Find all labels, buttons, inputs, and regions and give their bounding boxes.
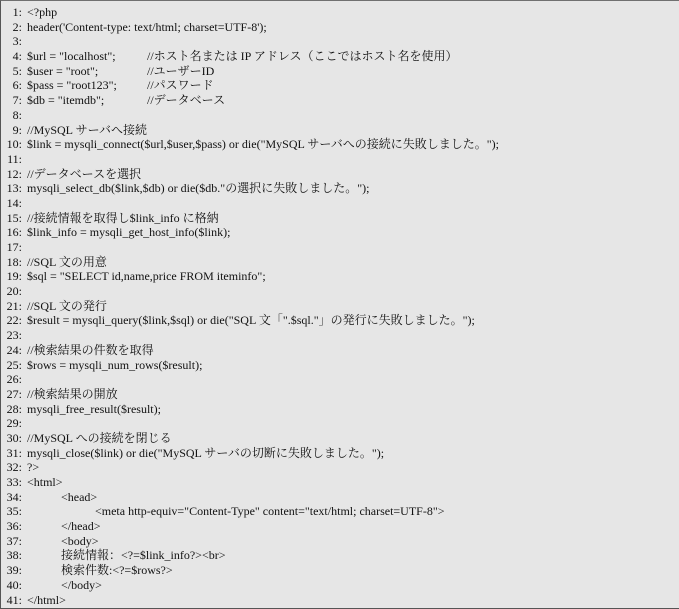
- code-comment: //ユーザーID: [147, 64, 214, 79]
- code-line: 12://データベースを選択: [1, 167, 679, 182]
- line-number: 26:: [1, 372, 22, 387]
- code-line: 39: 検索件数:<?=$rows?>: [1, 563, 679, 578]
- line-number: 23:: [1, 328, 22, 343]
- code-text: 検索件数:<?=$rows?>: [27, 563, 173, 578]
- code-line: 38: 接続情報：<?=$link_info?><br>: [1, 548, 679, 563]
- code-text: </html>: [27, 593, 66, 608]
- code-line: 28:mysqli_free_result($result);: [1, 402, 679, 417]
- code-text: <html>: [27, 475, 63, 490]
- line-number: 7:: [1, 93, 22, 108]
- line-number: 15:: [1, 211, 22, 226]
- code-text: //SQL 文の発行: [27, 299, 107, 314]
- code-line: 22:$result = mysqli_query($link,$sql) or…: [1, 313, 679, 328]
- line-number: 8:: [1, 108, 22, 123]
- line-number: 18:: [1, 255, 22, 270]
- code-line: 10:$link = mysqli_connect($url,$user,$pa…: [1, 137, 679, 152]
- code-comment: //データベース: [147, 93, 225, 108]
- line-number: 41:: [1, 593, 22, 608]
- line-number: 31:: [1, 446, 22, 461]
- code-line: 36: </head>: [1, 519, 679, 534]
- code-line: 35: <meta http-equiv="Content-Type" cont…: [1, 504, 679, 519]
- code-listing: 1:<?php 2:header('Content-type: text/htm…: [0, 0, 679, 609]
- code-line: 5:$user = "root";//ユーザーID: [1, 64, 679, 79]
- code-line: 1:<?php: [1, 5, 679, 20]
- line-number: 34:: [1, 490, 22, 505]
- line-number: 33:: [1, 475, 22, 490]
- code-text: $link_info = mysqli_get_host_info($link)…: [27, 225, 230, 240]
- code-text: $rows = mysqli_num_rows($result);: [27, 358, 202, 373]
- line-number: 36:: [1, 519, 22, 534]
- code-line: 2:header('Content-type: text/html; chars…: [1, 20, 679, 35]
- code-line: 27://検索結果の開放: [1, 387, 679, 402]
- code-line: 34: <head>: [1, 490, 679, 505]
- line-number: 19:: [1, 269, 22, 284]
- code-comment: //ホスト名または IP アドレス（ここではホスト名を使用）: [147, 49, 458, 64]
- line-number: 30:: [1, 431, 22, 446]
- code-line: 3:: [1, 34, 679, 49]
- line-number: 12:: [1, 167, 22, 182]
- code-text: //検索結果の件数を取得: [27, 343, 154, 358]
- line-number: 5:: [1, 64, 22, 79]
- code-line: 13:mysqli_select_db($link,$db) or die($d…: [1, 181, 679, 196]
- code-line: 32:?>: [1, 460, 679, 475]
- line-number: 29:: [1, 416, 22, 431]
- code-text: $link = mysqli_connect($url,$user,$pass)…: [27, 137, 499, 152]
- line-number: 2:: [1, 20, 22, 35]
- line-number: 14:: [1, 196, 22, 211]
- line-number: 10:: [1, 137, 22, 152]
- line-number: 6:: [1, 78, 22, 93]
- line-number: 20:: [1, 284, 22, 299]
- line-number: 1:: [1, 5, 22, 20]
- code-text: mysqli_close($link) or die("MySQL サーバの切断…: [27, 446, 384, 461]
- code-text: //MySQL への接続を閉じる: [27, 431, 172, 446]
- line-number: 39:: [1, 563, 22, 578]
- code-line: 30://MySQL への接続を閉じる: [1, 431, 679, 446]
- code-text: $sql = "SELECT id,name,price FROM itemin…: [27, 269, 266, 284]
- code-text: //SQL 文の用意: [27, 255, 107, 270]
- code-text: </head>: [27, 519, 101, 534]
- code-comment: //パスワード: [147, 78, 214, 93]
- line-number: 24:: [1, 343, 22, 358]
- line-number: 16:: [1, 225, 22, 240]
- code-text: <body>: [27, 534, 99, 549]
- code-text: $pass = "root123";: [27, 78, 147, 93]
- code-line: 41:</html>: [1, 593, 679, 608]
- code-line: 17:: [1, 240, 679, 255]
- line-number: 11:: [1, 152, 22, 167]
- code-line: 15://接続情報を取得し$link_info に格納: [1, 211, 679, 226]
- line-number: 4:: [1, 49, 22, 64]
- code-line: 40: </body>: [1, 578, 679, 593]
- code-text: $user = "root";: [27, 64, 147, 79]
- code-line: 33:<html>: [1, 475, 679, 490]
- code-line: 29:: [1, 416, 679, 431]
- code-text: <?php: [27, 5, 57, 20]
- code-text: //MySQL サーバへ接続: [27, 123, 147, 138]
- code-line: 26:: [1, 372, 679, 387]
- line-number: 37:: [1, 534, 22, 549]
- code-text: ?>: [27, 460, 39, 475]
- line-number: 13:: [1, 181, 22, 196]
- code-line: 6:$pass = "root123";//パスワード: [1, 78, 679, 93]
- code-text: </body>: [27, 578, 102, 593]
- line-number: 32:: [1, 460, 22, 475]
- code-text: mysqli_free_result($result);: [27, 402, 161, 417]
- code-text: 接続情報：<?=$link_info?><br>: [27, 548, 226, 563]
- code-line: 8:: [1, 108, 679, 123]
- code-text: $url = "localhost";: [27, 49, 147, 64]
- code-text: <head>: [27, 490, 97, 505]
- line-number: 9:: [1, 123, 22, 138]
- code-line: 11:: [1, 152, 679, 167]
- line-number: 28:: [1, 402, 22, 417]
- code-line: 31:mysqli_close($link) or die("MySQL サーバ…: [1, 446, 679, 461]
- code-line: 4:$url = "localhost";//ホスト名または IP アドレス（こ…: [1, 49, 679, 64]
- line-number: 21:: [1, 299, 22, 314]
- line-number: 27:: [1, 387, 22, 402]
- code-text: mysqli_select_db($link,$db) or die($db."…: [27, 181, 369, 196]
- code-line: 19:$sql = "SELECT id,name,price FROM ite…: [1, 269, 679, 284]
- line-number: 38:: [1, 548, 22, 563]
- code-text: header('Content-type: text/html; charset…: [27, 20, 267, 35]
- line-number: 35:: [1, 504, 22, 519]
- code-line: 16:$link_info = mysqli_get_host_info($li…: [1, 225, 679, 240]
- code-text: $result = mysqli_query($link,$sql) or di…: [27, 313, 475, 328]
- line-number: 40:: [1, 578, 22, 593]
- code-line: 25:$rows = mysqli_num_rows($result);: [1, 358, 679, 373]
- code-line: 21://SQL 文の発行: [1, 299, 679, 314]
- code-line: 20:: [1, 284, 679, 299]
- line-number: 17:: [1, 240, 22, 255]
- code-text: $db = "itemdb";: [27, 93, 147, 108]
- code-text: <meta http-equiv="Content-Type" content=…: [27, 504, 445, 519]
- code-text: //データベースを選択: [27, 167, 141, 182]
- code-line: 24://検索結果の件数を取得: [1, 343, 679, 358]
- code-line: 37: <body>: [1, 534, 679, 549]
- code-line: 7:$db = "itemdb";//データベース: [1, 93, 679, 108]
- line-number: 3:: [1, 34, 22, 49]
- line-number: 25:: [1, 358, 22, 373]
- code-line: 14:: [1, 196, 679, 211]
- code-text: //接続情報を取得し$link_info に格納: [27, 211, 219, 226]
- code-line: 23:: [1, 328, 679, 343]
- code-line: 9://MySQL サーバへ接続: [1, 123, 679, 138]
- code-line: 18://SQL 文の用意: [1, 255, 679, 270]
- code-text: //検索結果の開放: [27, 387, 118, 402]
- line-number: 22:: [1, 313, 22, 328]
